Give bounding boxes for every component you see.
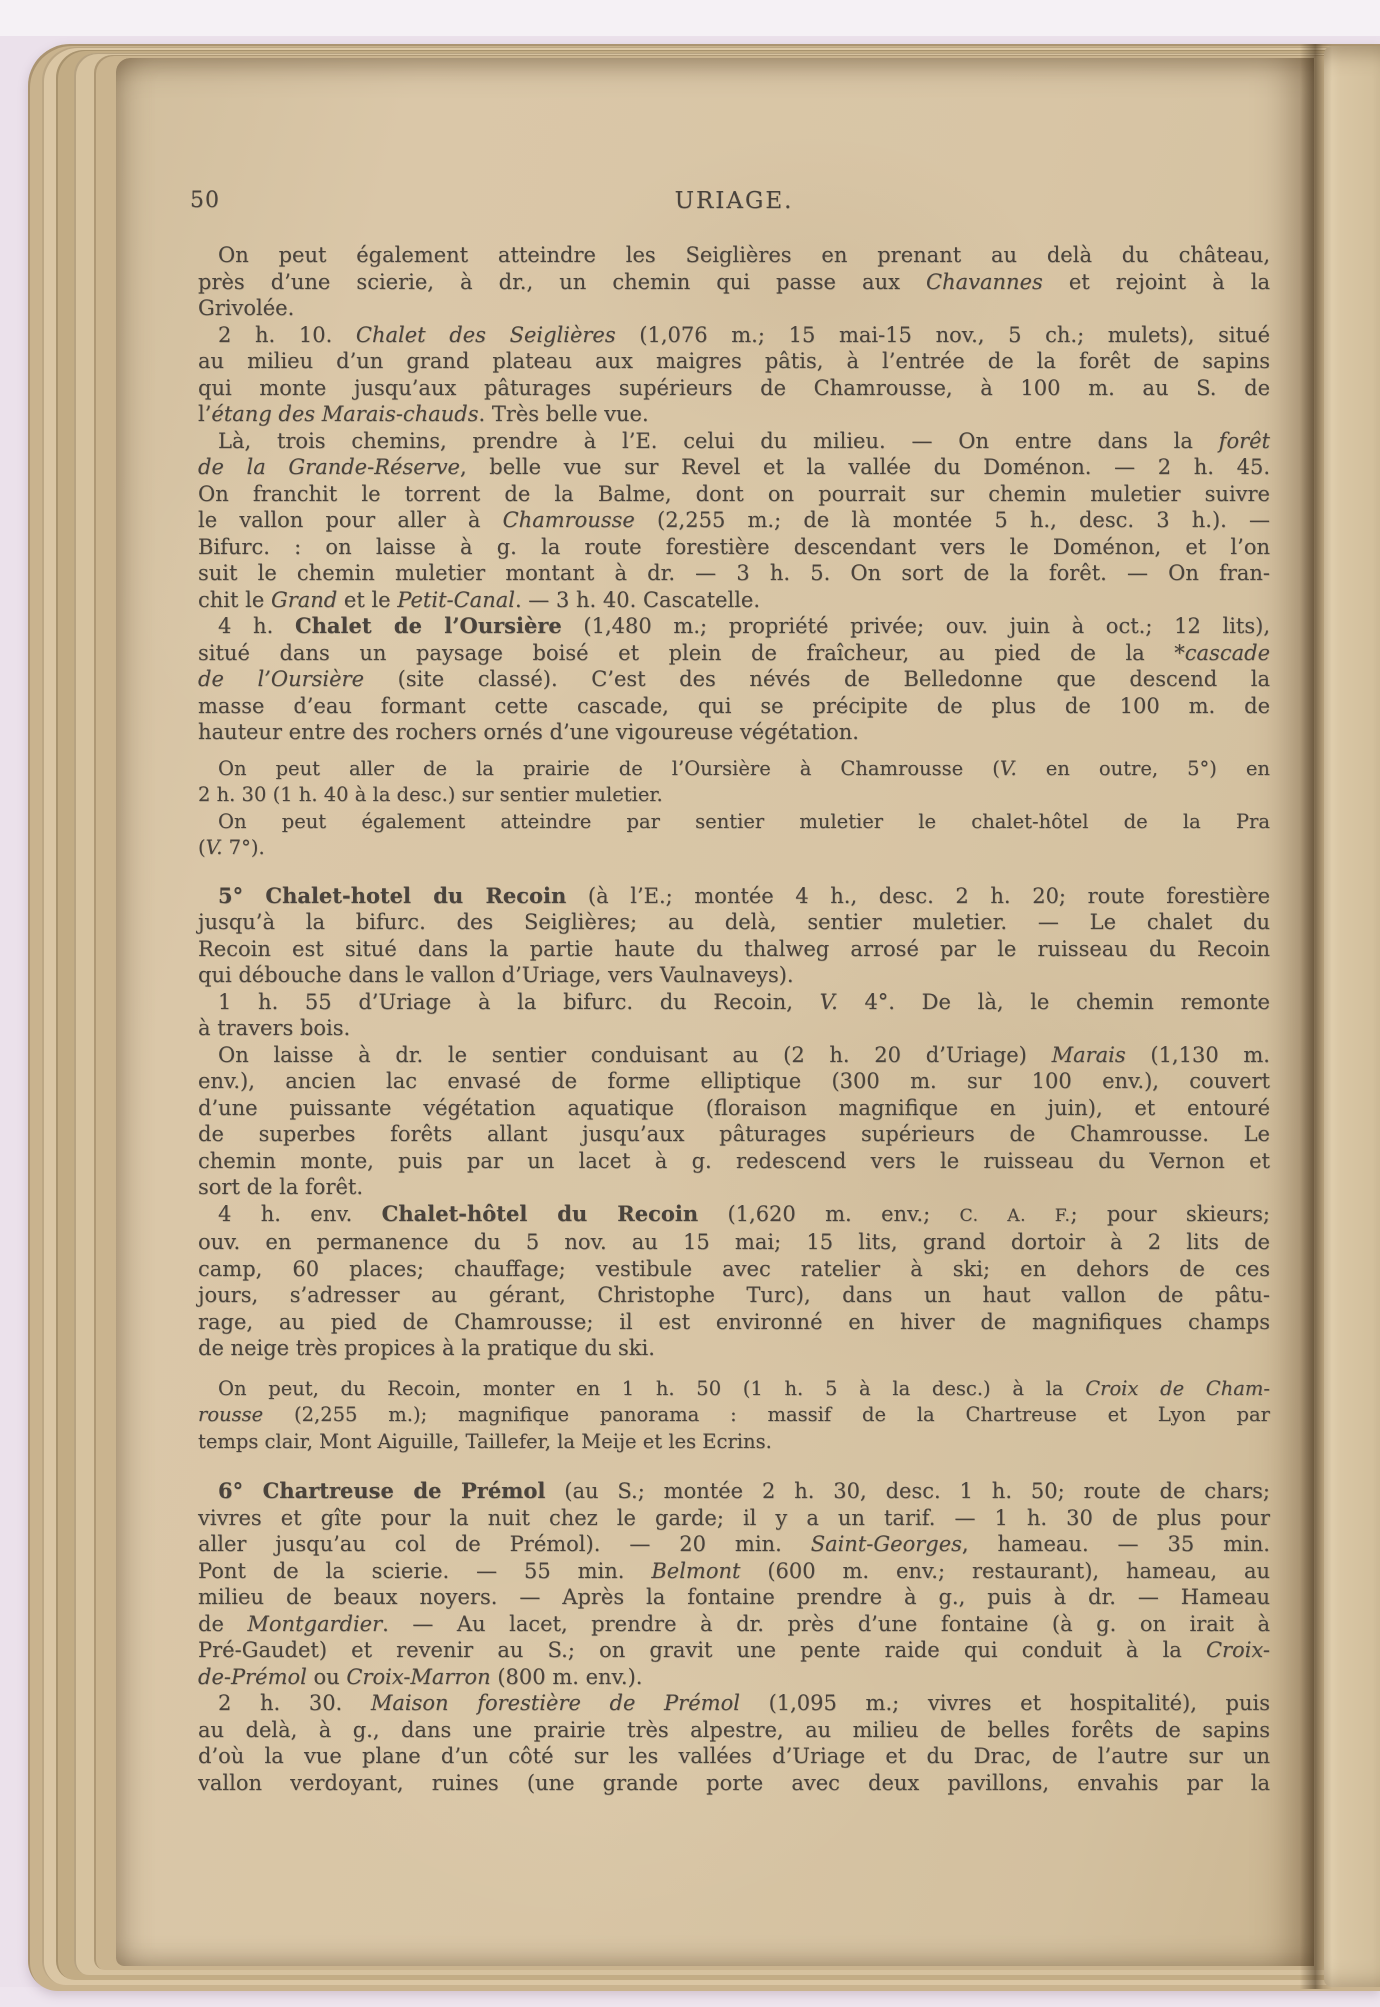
text-run: de l’Oursière (198, 667, 364, 691)
text-run: (au S.; montée 2 h. 30, desc. 1 h. 50; r… (545, 1479, 1270, 1503)
text-line: temps clair, Mont Aiguille, Taillefer, l… (198, 1429, 1270, 1456)
page-header: 50 URIAGE. (198, 188, 1270, 218)
text-run: 2 h. 30 (1 h. 40 à la desc.) sur sentier… (198, 783, 663, 806)
text-line: On peut, du Recoin, monter en 1 h. 50 (1… (198, 1376, 1270, 1403)
text-run: Petit-Canal (397, 588, 515, 612)
text-line: de l’Oursière (site classé). C’est des n… (198, 666, 1270, 693)
text-run: (1,480 m.; propriété privée; ouv. juin à… (562, 614, 1270, 638)
text-line: qui monte jusqu’aux pâturages supérieurs… (198, 375, 1270, 402)
text-line: camp, 60 places; chauffage; vestibule av… (198, 1256, 1270, 1283)
text-run: Saint-Georges (811, 1532, 962, 1556)
text-run: (site classé). C’est des névés de Belled… (364, 667, 1270, 691)
text-run: au milieu d’un grand plateau aux maigres… (198, 349, 1270, 373)
text-run: 1 h. 55 d’Uriage à la bifurc. du Recoin, (218, 990, 820, 1014)
text-run: (2,255 m.); magnifique panorama : massif… (263, 1403, 1270, 1426)
text-run: le vallon pour aller à (198, 508, 503, 532)
text-run: . — Au lacet, prendre à dr. près d’une f… (382, 1612, 1270, 1636)
text-run: au delà, à g., dans une prairie très alp… (198, 1718, 1270, 1742)
text-run: On peut également atteindre par sentier … (218, 810, 1270, 833)
text-line: env.), ancien lac envasé de forme ellipt… (198, 1068, 1270, 1095)
text-run: V. (206, 836, 223, 859)
text-run: d’une puissante végétation aquatique (fl… (198, 1096, 1270, 1120)
text-run: et le (337, 588, 397, 612)
text-run: en outre, 5°) en (1017, 757, 1270, 780)
text-line: de superbes forêts allant jusqu’aux pâtu… (198, 1121, 1270, 1148)
text-run: Croix-Marron (346, 1665, 490, 1689)
text-run: Grand (271, 588, 337, 612)
text-line: vallon verdoyant, ruines (une grande por… (198, 1770, 1270, 1797)
text-run: Chalet-hôtel du Recoin (382, 1201, 698, 1226)
scan-margin-top (0, 0, 1380, 36)
text-run: 2 h. 30. (218, 1691, 371, 1715)
text-run: chit le (198, 588, 271, 612)
book-page: 50 URIAGE. On peut également atteindre l… (116, 58, 1314, 1966)
running-title: URIAGE. (198, 188, 1270, 214)
text-run: vivres et gîte pour la nuit chez le gard… (198, 1506, 1270, 1530)
text-line: ouv. en permanence du 5 nov. au 15 mai; … (198, 1229, 1270, 1256)
text-run: V. (1000, 757, 1017, 780)
text-run: . — 3 h. 40. Cascatelle. (515, 588, 760, 612)
text-line: au milieu d’un grand plateau aux maigres… (198, 348, 1270, 375)
text-run: Croix- (1206, 1638, 1270, 1662)
text-line: (V. 7°). (198, 835, 1270, 862)
text-run: camp, 60 places; chauffage; vestibule av… (198, 1257, 1270, 1281)
text-run: On peut, du Recoin, monter en 1 h. 50 (1… (218, 1377, 1085, 1400)
text-run: Grivolée. (198, 296, 294, 320)
text-run: Chavannes (926, 270, 1043, 294)
text-line: près d’une scierie, à dr., un chemin qui… (198, 269, 1270, 296)
text-run: 2 h. 10. (218, 323, 356, 347)
text-line: 6° Chartreuse de Prémol (au S.; montée 2… (198, 1478, 1270, 1505)
text-line: Là, trois chemins, prendre à l’E. celui … (198, 428, 1270, 455)
text-run: jours, s’adresser au gérant, Christophe … (198, 1283, 1270, 1307)
text-line: jours, s’adresser au gérant, Christophe … (198, 1282, 1270, 1309)
text-run: de-Prémol (198, 1665, 307, 1689)
text-run: On peut également atteindre les Seiglièr… (218, 243, 1270, 267)
text-run: ; pour skieurs; (1070, 1202, 1270, 1226)
text-run: , hameau. — 35 min. (962, 1532, 1270, 1556)
text-run: rage, au pied de Chamrousse; il est envi… (198, 1310, 1270, 1334)
text-run: de neige très propices à la pratique du … (198, 1336, 655, 1360)
text-line: de Montgardier. — Au lacet, prendre à dr… (198, 1611, 1270, 1638)
text-run: Maison forestière de Prémol (371, 1691, 740, 1715)
text-run: 5° Chalet-hotel du Recoin (218, 883, 566, 908)
text-run: , belle vue sur Revel et la vallée du Do… (460, 455, 1270, 479)
text-run: ( (198, 836, 206, 859)
text-run: 4 h. env. (218, 1202, 382, 1226)
text-run: C. A. F. (960, 1206, 1071, 1226)
text-line: On franchit le torrent de la Balme, dont… (198, 481, 1270, 508)
text-run: chemin monte, puis par un lacet à g. red… (198, 1149, 1270, 1173)
text-run: 7°). (222, 836, 264, 859)
text-line: On peut aller de la prairie de l’Oursièr… (198, 756, 1270, 783)
text-run: près d’une scierie, à dr., un chemin qui… (198, 270, 926, 294)
text-run: temps clair, Mont Aiguille, Taillefer, l… (198, 1430, 772, 1453)
text-line: l’étang des Marais-chauds. Très belle vu… (198, 401, 1270, 428)
text-run: de (198, 1612, 247, 1636)
text-run: (1,130 m. (1126, 1043, 1270, 1067)
text-run: suit le chemin muletier montant à dr. — … (198, 561, 1270, 585)
text-run: Pré-Gaudet) et revenir au S.; on gravit … (198, 1638, 1206, 1662)
text-run: Pont de la scierie. — 55 min. (198, 1559, 651, 1583)
text-run: (1,095 m.; vivres et hospitalité), puis (740, 1691, 1270, 1715)
text-run: ou (307, 1665, 347, 1689)
text-run: (600 m. env.; restaurant), hameau, au (740, 1559, 1270, 1583)
text-line: 2 h. 10. Chalet des Seiglières (1,076 m.… (198, 322, 1270, 349)
text-line: On laisse à dr. le sentier conduisant au… (198, 1042, 1270, 1069)
text-line: de neige très propices à la pratique du … (198, 1335, 1270, 1362)
text-run: masse d’eau formant cette cascade, qui s… (198, 694, 1270, 718)
text-line: suit le chemin muletier montant à dr. — … (198, 560, 1270, 587)
text-run: (800 m. env.). (491, 1665, 643, 1689)
text-line: 5° Chalet-hotel du Recoin (à l’E.; monté… (198, 883, 1270, 910)
text-line: le vallon pour aller à Chamrousse (2,255… (198, 507, 1270, 534)
text-line: 2 h. 30 (1 h. 40 à la desc.) sur sentier… (198, 782, 1270, 809)
text-run: 6° Chartreuse de Prémol (218, 1478, 545, 1503)
text-line: à travers bois. (198, 1015, 1270, 1042)
text-line: milieu de beaux noyers. — Après la fonta… (198, 1584, 1270, 1611)
text-line: rousse (2,255 m.); magnifique panorama :… (198, 1402, 1270, 1429)
text-line: 2 h. 30. Maison forestière de Prémol (1,… (198, 1690, 1270, 1717)
text-run: . Très belle vue. (478, 402, 648, 426)
text-run: (2,255 m.; de là montée 5 h., desc. 3 h.… (635, 508, 1270, 532)
page-body: On peut également atteindre les Seiglièr… (198, 242, 1270, 1796)
text-run: rousse (198, 1403, 263, 1426)
text-line: vivres et gîte pour la nuit chez le gard… (198, 1505, 1270, 1532)
text-run: milieu de beaux noyers. — Après la fonta… (198, 1585, 1270, 1609)
text-run: Chalet de l’Oursière (295, 613, 562, 638)
text-line: hauteur entre des rochers ornés d’une vi… (198, 719, 1270, 746)
text-run: de la Grande-Réserve (198, 455, 460, 479)
text-run: de superbes forêts allant jusqu’aux pâtu… (198, 1122, 1270, 1146)
text-run: à travers bois. (198, 1016, 350, 1040)
text-run: qui monte jusqu’aux pâturages supérieurs… (198, 376, 1270, 400)
text-line: Grivolée. (198, 295, 1270, 322)
page-text-column: 50 URIAGE. On peut également atteindre l… (198, 188, 1270, 1796)
text-run: Belmont (651, 1559, 740, 1583)
text-line: de-Prémol ou Croix-Marron (800 m. env.). (198, 1664, 1270, 1691)
text-run: d’où la vue plane d’un côté sur les vall… (198, 1744, 1270, 1768)
text-run: (1,076 m.; 15 mai-15 nov., 5 ch.; mulets… (616, 323, 1270, 347)
text-run: jusqu’à la bifurc. des Seiglières; au de… (198, 910, 1270, 934)
text-run: qui débouche dans le vallon d’Uriage, ve… (198, 963, 794, 987)
text-run: ouv. en permanence du 5 nov. au 15 mai; … (198, 1230, 1270, 1254)
text-run: hauteur entre des rochers ornés d’une vi… (198, 720, 859, 744)
text-run: env.), ancien lac envasé de forme ellipt… (198, 1069, 1270, 1093)
text-run: Bifurc. : on laisse à g. la route forest… (198, 535, 1270, 559)
text-run: cascade (1185, 641, 1270, 665)
text-run: On franchit le torrent de la Balme, dont… (198, 482, 1270, 506)
text-line: Pont de la scierie. — 55 min. Belmont (6… (198, 1558, 1270, 1585)
text-line: d’une puissante végétation aquatique (fl… (198, 1095, 1270, 1122)
scan-background: { "scan": { "background_color": "#ebe1eb… (0, 0, 1380, 2007)
text-line: d’où la vue plane d’un côté sur les vall… (198, 1743, 1270, 1770)
text-line: rage, au pied de Chamrousse; il est envi… (198, 1309, 1270, 1336)
text-line: au delà, à g., dans une prairie très alp… (198, 1717, 1270, 1744)
text-run: Chalet des Seiglières (356, 323, 616, 347)
text-run: 4°. De là, le chemin remonte (838, 990, 1270, 1014)
text-line: 4 h. Chalet de l’Oursière (1,480 m.; pro… (198, 613, 1270, 640)
text-run: On peut aller de la prairie de l’Oursièr… (218, 757, 1000, 780)
text-line: chemin monte, puis par un lacet à g. red… (198, 1148, 1270, 1175)
text-run: Montgardier (247, 1612, 382, 1636)
text-line: masse d’eau formant cette cascade, qui s… (198, 693, 1270, 720)
text-line: Bifurc. : on laisse à g. la route forest… (198, 534, 1270, 561)
text-line: jusqu’à la bifurc. des Seiglières; au de… (198, 909, 1270, 936)
text-run: Chamrousse (503, 508, 635, 532)
text-run: l’ (198, 402, 211, 426)
text-run: situé dans un paysage boisé et plein de … (198, 641, 1185, 665)
text-line: sort de la forêt. (198, 1174, 1270, 1201)
text-run: forêt (1219, 429, 1270, 453)
text-run: vallon verdoyant, ruines (une grande por… (198, 1771, 1270, 1795)
text-line: aller jusqu’au col de Prémol). — 20 min.… (198, 1531, 1270, 1558)
text-line: On peut également atteindre les Seiglièr… (198, 242, 1270, 269)
text-line: qui débouche dans le vallon d’Uriage, ve… (198, 962, 1270, 989)
text-run: Croix de Cham- (1085, 1377, 1270, 1400)
text-line: 4 h. env. Chalet-hôtel du Recoin (1,620 … (198, 1201, 1270, 1230)
text-run: Recoin est situé dans la partie haute du… (198, 937, 1270, 961)
text-line: chit le Grand et le Petit-Canal. — 3 h. … (198, 587, 1270, 614)
text-run: Là, trois chemins, prendre à l’E. celui … (218, 429, 1219, 453)
text-line: Pré-Gaudet) et revenir au S.; on gravit … (198, 1637, 1270, 1664)
text-line: de la Grande-Réserve, belle vue sur Reve… (198, 454, 1270, 481)
text-line: Recoin est situé dans la partie haute du… (198, 936, 1270, 963)
text-run: 4 h. (218, 614, 295, 638)
text-run: étang des Marais-chauds (211, 402, 478, 426)
text-line: On peut également atteindre par sentier … (198, 809, 1270, 836)
text-run: On laisse à dr. le sentier conduisant au… (218, 1043, 1052, 1067)
text-run: Marais (1052, 1043, 1126, 1067)
text-line: situé dans un paysage boisé et plein de … (198, 640, 1270, 667)
text-run: et rejoint à la (1043, 270, 1270, 294)
text-run: (1,620 m. env.; (698, 1202, 959, 1226)
text-run: V. (820, 990, 838, 1014)
text-line: 1 h. 55 d’Uriage à la bifurc. du Recoin,… (198, 989, 1270, 1016)
text-run: sort de la forêt. (198, 1175, 363, 1199)
text-run: (à l’E.; montée 4 h., desc. 2 h. 20; rou… (566, 884, 1270, 908)
text-run: aller jusqu’au col de Prémol). — 20 min. (198, 1532, 811, 1556)
adjacent-page-edge (1324, 46, 1380, 1987)
